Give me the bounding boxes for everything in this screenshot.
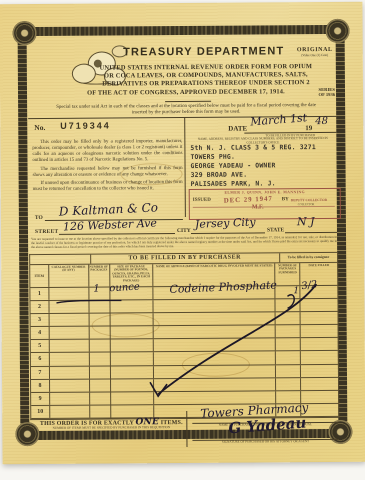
by-label: BY: [282, 197, 289, 202]
to-label: TO: [35, 215, 43, 221]
serial-number: U719344: [60, 120, 111, 130]
corner-ornament-bottom-left: [15, 422, 39, 446]
column-divider: [184, 117, 186, 217]
date-label: DATE: [228, 125, 247, 133]
note-paragraph-3: If unused upon discontinuance of busines…: [33, 180, 183, 193]
note-paragraph-1: This order may be filled only by a regis…: [32, 139, 182, 164]
request-fine-print: You are requested to issue to me at the …: [31, 236, 337, 250]
year-handwritten: 48: [315, 116, 328, 127]
state-label: STATE: [267, 227, 284, 233]
issued-label: ISSUED: [193, 198, 211, 203]
consignee-line-1: 5th N. J. CLASS 3 & 5 REG. 3271: [190, 143, 316, 153]
deputy-collector-stamp: DEPUTY COLLECTOR: [291, 198, 327, 202]
strikeout-flourish: [29, 252, 339, 412]
state-handwritten: N J: [297, 215, 315, 228]
photo-background: TREASURY DEPARTMENT ORIGINAL (Value One …: [0, 0, 365, 480]
collector-stamp-box: ELMER J. QUINN, JOHN E. MANNING ISSUED D…: [189, 188, 341, 220]
subtitle-line-4: OF THE ACT OF CONGRESS, APPROVED DECEMBE…: [78, 88, 334, 98]
issued-date-stamp: DEC 29 1947: [224, 196, 273, 205]
frame-left-border: [18, 25, 30, 441]
city-label: CITY: [177, 228, 191, 234]
to-handwritten: D Kaltman & Co: [59, 200, 159, 218]
form-title: TREASURY DEPARTMENT: [118, 45, 290, 58]
street-underline: [59, 233, 175, 235]
corner-ornament-top-left: [13, 21, 37, 45]
corner-ornament-top-right: [326, 19, 350, 43]
state-underline: [285, 232, 337, 233]
purchaser-signature-caption: SIGNATURE OF PURCHASER OR HIS ATTORNEY O…: [198, 440, 332, 445]
note-paragraph-2: The merchandise requested below may not …: [33, 166, 183, 179]
divider: [165, 101, 211, 102]
city-handwritten: Jersey City: [195, 215, 256, 231]
form-paper: TREASURY DEPARTMENT ORIGINAL (Value One …: [0, 2, 365, 465]
original-sublabel: (Value One (1) Cent): [288, 53, 342, 57]
frame-top-border: [18, 25, 345, 36]
city-underline: [191, 232, 265, 234]
no-label: No.: [34, 123, 45, 132]
street-handwritten: 126 Webster Ave: [63, 217, 157, 234]
street-label: STREET: [35, 229, 59, 235]
year-prefix: 19: [305, 124, 312, 132]
